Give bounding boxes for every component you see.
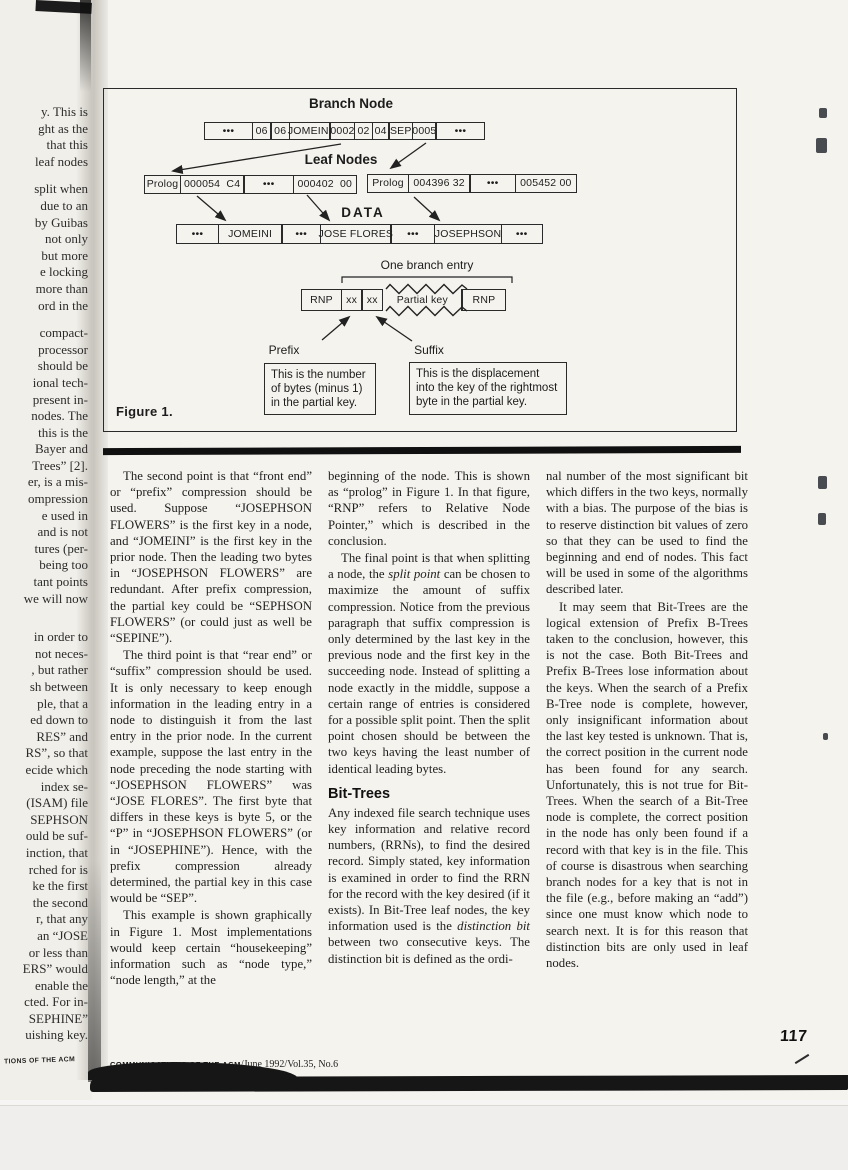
paragraph: The second point is that “front end” or … bbox=[110, 468, 312, 646]
text-fragment-line: ke the first bbox=[0, 878, 88, 895]
article-column-2: beginning of the node. This is shown as … bbox=[328, 468, 530, 989]
paragraph: The final point is that when splitting a… bbox=[328, 550, 530, 777]
data-cell: ••• bbox=[281, 224, 321, 244]
branch-node-cell: JOMEINI bbox=[289, 122, 331, 140]
text-fragment-line: sh between bbox=[0, 679, 88, 696]
text-fragment-line: enable the bbox=[0, 978, 88, 995]
section-heading-bit-trees: Bit-Trees bbox=[328, 786, 530, 802]
text-fragment-line: e locking bbox=[0, 264, 88, 281]
branch-entry-cell: xx bbox=[341, 289, 363, 311]
text-fragment-line: but more bbox=[0, 248, 88, 265]
branch-node-title: Branch Node bbox=[251, 96, 451, 111]
scanner-background bbox=[0, 1105, 848, 1170]
text-fragment-line: ght as the bbox=[0, 121, 88, 138]
text-fragment-line: y. This is bbox=[0, 104, 88, 121]
data-row: •••JOMEINI•••JOSE FLORES•••JOSEPHSON••• bbox=[176, 224, 543, 244]
text-fragment-line: ple, that a bbox=[0, 696, 88, 713]
leaf-node-cell: 004396 32 bbox=[408, 174, 471, 193]
scan-mark-top-left-edge bbox=[80, 0, 91, 92]
text-fragment-line: compact- bbox=[0, 325, 88, 342]
text-fragment-line: (ISAM) file bbox=[0, 795, 88, 812]
scan-mark bbox=[818, 476, 827, 489]
paragraph: beginning of the node. This is shown as … bbox=[328, 468, 530, 549]
text-fragment-line: cted. For in- bbox=[0, 994, 88, 1011]
text-fragment-line: ecide which bbox=[0, 762, 88, 779]
branch-node-cell: ••• bbox=[204, 122, 253, 140]
text-fragment-line: inction, that bbox=[0, 845, 88, 862]
text-fragment-line: this is the bbox=[0, 425, 88, 442]
branch-node-row: •••0606JOMEINI00020204SEP0005••• bbox=[204, 122, 485, 140]
text-fragment-line: tures (per- bbox=[0, 541, 88, 558]
leaf-node-cell: Prolog bbox=[144, 175, 181, 194]
prefix-label: Prefix bbox=[254, 343, 314, 357]
leaf-node-cell: 005452 00 bbox=[515, 174, 577, 193]
branch-node-cell: 02 bbox=[354, 122, 373, 140]
suffix-label: Suffix bbox=[399, 343, 459, 357]
leaf-node-cell: Prolog bbox=[367, 174, 409, 193]
article-body: The second point is that “front end” or … bbox=[110, 468, 748, 989]
text-fragment-line: an “JOSE bbox=[0, 928, 88, 945]
branch-entry-cell: Partial key bbox=[382, 289, 463, 311]
figure-1-box: Branch Node •••0606JOMEINI00020204SEP000… bbox=[103, 88, 737, 432]
branch-entry-row: RNPxxxxPartial keyRNP bbox=[301, 289, 506, 311]
text-fragment-line: rched for is bbox=[0, 862, 88, 879]
data-cell: ••• bbox=[390, 224, 435, 244]
article-column-3: nal number of the most significant bit w… bbox=[546, 468, 748, 989]
branch-entry-cell: RNP bbox=[301, 289, 342, 311]
paragraph: Any indexed file search technique uses k… bbox=[328, 805, 530, 967]
facing-page-text-fragments: y. This isght as thethat thisleaf nodess… bbox=[0, 104, 88, 1044]
page-bottom-edge-bar bbox=[90, 1075, 848, 1092]
text-fragment-line: index se- bbox=[0, 779, 88, 796]
data-cell: ••• bbox=[176, 224, 219, 244]
branch-node-cell: 0005 bbox=[412, 122, 437, 140]
suffix-note-box: This is the displacement into the key of… bbox=[409, 362, 567, 415]
scan-mark bbox=[823, 733, 828, 740]
text-fragment-line: RS”, so that bbox=[0, 745, 88, 762]
text-fragment-line: SEPHINE” bbox=[0, 1011, 88, 1028]
text-fragment-line: by Guibas bbox=[0, 215, 88, 232]
text-fragment-line: present in- bbox=[0, 392, 88, 409]
branch-entry-cell: xx bbox=[361, 289, 383, 311]
leaf-node-cell: ••• bbox=[469, 174, 516, 193]
text-fragment-line: r, that any bbox=[0, 911, 88, 928]
text-fragment-line: not neces- bbox=[0, 646, 88, 663]
data-cell: ••• bbox=[501, 224, 543, 244]
text-fragment-line: should be bbox=[0, 358, 88, 375]
paragraph: This example is shown graphically in Fig… bbox=[110, 907, 312, 988]
text-fragment-line: ed down to bbox=[0, 712, 88, 729]
text-fragment-line: Trees” [2]. bbox=[0, 458, 88, 475]
text-fragment-line: ERS” would bbox=[0, 961, 88, 978]
branch-node-cell: 04 bbox=[372, 122, 390, 140]
text-fragment-line: processor bbox=[0, 342, 88, 359]
scan-mark bbox=[819, 108, 827, 118]
text-fragment-line: due to an bbox=[0, 198, 88, 215]
text-fragment-line: leaf nodes bbox=[0, 154, 88, 171]
text-fragment-line: RES” and bbox=[0, 729, 88, 746]
one-branch-entry-title: One branch entry bbox=[327, 258, 527, 272]
text-fragment-line bbox=[0, 170, 88, 181]
text-fragment-line: split when bbox=[0, 181, 88, 198]
text-fragment-line: not only bbox=[0, 231, 88, 248]
scan-mark bbox=[816, 138, 827, 153]
article-column-1: The second point is that “front end” or … bbox=[110, 468, 312, 989]
scan-mark bbox=[818, 513, 826, 525]
text-fragment-line: ould be suf- bbox=[0, 828, 88, 845]
text-fragment-line: in order to bbox=[0, 629, 88, 646]
text-fragment-line: nodes. The bbox=[0, 408, 88, 425]
paragraph: The third point is that “rear end” or “s… bbox=[110, 647, 312, 906]
branch-node-cell: 06 bbox=[252, 122, 272, 140]
text-fragment-line: er, is a mis- bbox=[0, 474, 88, 491]
text-fragment-line: being too bbox=[0, 557, 88, 574]
branch-entry-cell: RNP bbox=[461, 289, 506, 311]
branch-node-cell: ••• bbox=[435, 122, 485, 140]
figure-caption: Figure 1. bbox=[116, 404, 206, 419]
data-cell: JOMEINI bbox=[218, 224, 283, 244]
text-fragment-line bbox=[0, 607, 88, 618]
paragraph: It may seem that Bit-Trees are the logic… bbox=[546, 599, 748, 972]
text-fragment-line: Bayer and bbox=[0, 441, 88, 458]
leaf-node-right-row: Prolog004396 32•••005452 00 bbox=[367, 174, 577, 193]
branch-node-cell: 0002 bbox=[329, 122, 355, 140]
leaf-node-left-row: Prolog000054 C4•••000402 00 bbox=[144, 175, 357, 194]
text-fragment-line: SEPHSON bbox=[0, 812, 88, 829]
text-fragment-line: e used in bbox=[0, 508, 88, 525]
data-cell: JOSE FLORES bbox=[320, 224, 392, 244]
text-fragment-line: that this bbox=[0, 137, 88, 154]
data-row-title: DATA bbox=[263, 205, 463, 220]
text-fragment-line: tant points bbox=[0, 574, 88, 591]
paragraph: nal number of the most significant bit w… bbox=[546, 468, 748, 598]
text-fragment-line: we will now bbox=[0, 591, 88, 608]
data-cell: JOSEPHSON bbox=[434, 224, 502, 244]
leaf-nodes-title: Leaf Nodes bbox=[241, 152, 441, 167]
page-number: 117 bbox=[779, 1028, 808, 1046]
text-fragment-line: , but rather bbox=[0, 662, 88, 679]
text-fragment-line bbox=[0, 314, 88, 325]
text-fragment-line: more than bbox=[0, 281, 88, 298]
text-fragment-line: the second bbox=[0, 895, 88, 912]
text-fragment-line: ompression bbox=[0, 491, 88, 508]
leaf-node-cell: ••• bbox=[243, 175, 294, 194]
leaf-node-cell: 000054 C4 bbox=[180, 175, 245, 194]
text-fragment-line: uishing key. bbox=[0, 1027, 88, 1044]
binding-fold-shadow-dark bbox=[88, 860, 101, 1082]
text-fragment-line bbox=[0, 618, 88, 629]
text-fragment-line: or less than bbox=[0, 945, 88, 962]
scanned-journal-page: y. This isght as thethat thisleaf nodess… bbox=[0, 0, 848, 1170]
branch-node-cell: SEP bbox=[388, 122, 413, 140]
leaf-node-cell: 000402 00 bbox=[293, 175, 357, 194]
prefix-note-box: This is the number of bytes (minus 1) in… bbox=[264, 363, 376, 415]
text-fragment-line: ord in the bbox=[0, 298, 88, 315]
text-fragment-line: ional tech- bbox=[0, 375, 88, 392]
text-fragment-line: and is not bbox=[0, 524, 88, 541]
